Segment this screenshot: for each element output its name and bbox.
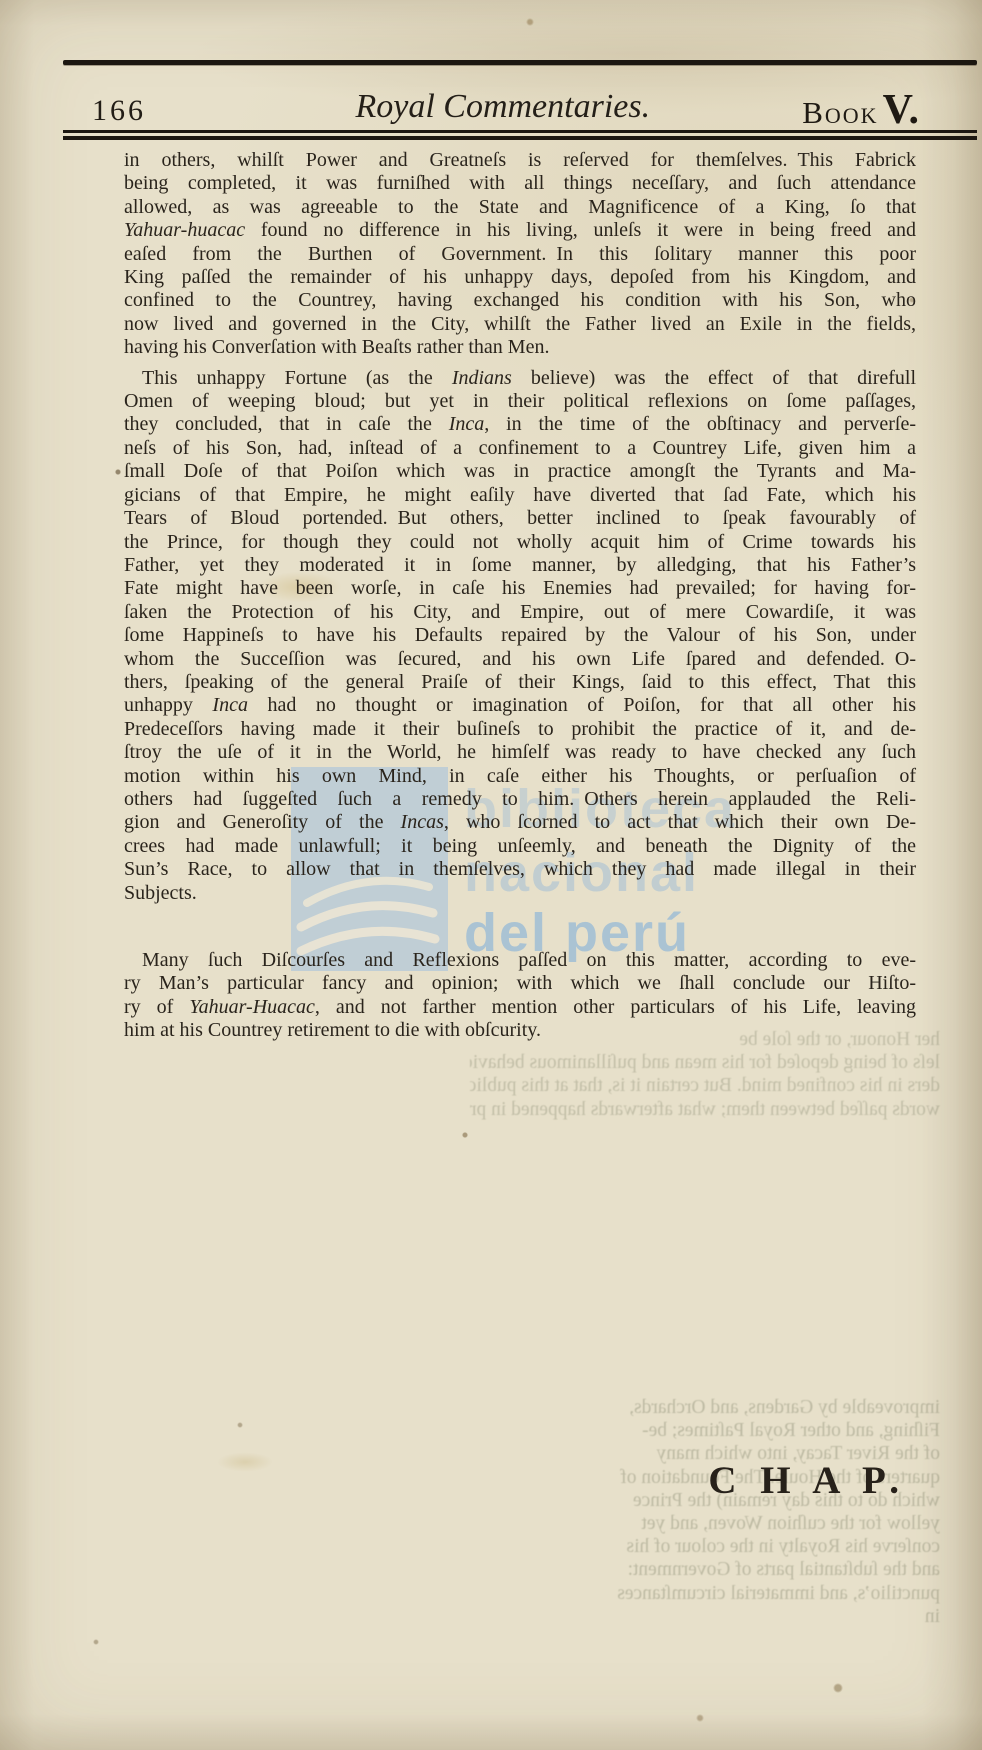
italic-term: Yahuar-huacac (124, 219, 245, 241)
body-line: confined to the Countrey, having exchang… (124, 289, 916, 312)
body-text: ſmall Doſe of that Poiſon which was in p… (124, 460, 916, 482)
body-text: now lived and governed in the City, whil… (124, 313, 916, 335)
body-line: Yahuar-huacac found no difference in his… (124, 219, 916, 242)
body-line: Tears of Bloud portended. But others, be… (124, 507, 916, 530)
body-text: Predeceſſors having made it their buſine… (124, 718, 916, 740)
body-line: thers, ſpeaking of the general Praiſe of… (124, 671, 916, 694)
header-rule-lower (63, 136, 977, 140)
body-text: Tears of Bloud portended. But others, be… (124, 507, 916, 529)
paragraph: in others, whilſt Power and Greatneſs is… (124, 149, 916, 360)
showthrough-line: punctilio’s, and immaterial circumſtance… (330, 1582, 940, 1605)
body-text: found no difference in his living, unleſ… (245, 219, 916, 241)
text-column: in others, whilſt Power and Greatneſs is… (124, 149, 916, 1043)
body-text: King paſſed the remainder of his unhappy… (124, 266, 916, 288)
top-rule (63, 60, 977, 65)
body-text: , and not farther mention other particul… (315, 996, 916, 1018)
body-line: ſaken the Protection of his City, and Em… (124, 601, 916, 624)
showthrough-line: leſs of being depoſed for his mean and p… (470, 1051, 940, 1074)
body-line: whom the Succeſſion was ſecured, and his… (124, 648, 916, 671)
body-text: having his Converſation with Beaſts rath… (124, 336, 549, 358)
body-text: the Prince, for though they could not wh… (124, 531, 916, 553)
body-line: motion within his own Mind, in caſe eith… (124, 765, 916, 788)
body-line: neſs of his Son, had, inſtead of a confi… (124, 437, 916, 460)
running-title: Royal Commentaries. (355, 88, 650, 126)
body-line: ry Man’s particular fancy and opinion; w… (124, 972, 916, 995)
body-text: eaſed from the Burthen of Government. In… (124, 243, 916, 265)
body-text: Fate might have been worſe, in caſe his … (124, 577, 916, 599)
chap-heading: C H A P. (708, 1458, 906, 1503)
body-text: Many ſuch Diſcourſes and Reflexions paſſ… (142, 949, 916, 971)
body-text: confined to the Countrey, having exchang… (124, 289, 916, 311)
showthrough-line: Fiſhing, and other Royal Paſtimes; be- (330, 1419, 940, 1442)
body-text: Sun’s Race, to allow that in themſelves,… (124, 858, 916, 880)
body-text: gicians of that Empire, he might eaſily … (124, 484, 916, 506)
body-text: believe) was the effect of that direfull (512, 367, 916, 389)
body-text: had no thought or imagination of Poiſon,… (248, 694, 916, 716)
body-text: they concluded, that in caſe the (124, 413, 449, 435)
body-line: unhappy Inca had no thought or imaginati… (124, 694, 916, 717)
book-label-group: Book V. (802, 86, 920, 134)
body-text: gion and Generoſity of the (124, 811, 401, 833)
body-text: him at his Countrey retirement to die wi… (124, 1019, 541, 1041)
body-line: in others, whilſt Power and Greatneſs is… (124, 149, 916, 172)
showthrough-line: words paſſed between them; what afterwar… (470, 1098, 940, 1121)
body-line: ſtroy the uſe of it in the World, he him… (124, 741, 916, 764)
body-line: ry of Yahuar-Huacac, and not farther men… (124, 996, 916, 1019)
body-line: others had ſuggeſted ſuch a remedy to hi… (124, 788, 916, 811)
paragraph: This unhappy Fortune (as the Indians bel… (124, 367, 916, 905)
body-line: Subjects. (124, 882, 916, 905)
body-text: ſaken the Protection of his City, and Em… (124, 601, 916, 623)
body-line: gicians of that Empire, he might eaſily … (124, 484, 916, 507)
body-text: Father, yet they moderated it in ſome ma… (124, 554, 916, 576)
body-line: Many ſuch Diſcourſes and Reflexions paſſ… (124, 949, 916, 972)
body-text: Subjects. (124, 882, 197, 904)
showthrough-line: ders in his confined mind. But certain i… (470, 1074, 940, 1097)
italic-term: Yahuar-Huacac (189, 996, 315, 1018)
body-text: ry of (124, 996, 189, 1018)
body-line: now lived and governed in the City, whil… (124, 313, 916, 336)
body-text: others had ſuggeſted ſuch a remedy to hi… (124, 788, 916, 810)
showthrough-verso-text: improveable by Gardens, and Orchards,Fiſ… (330, 1396, 940, 1628)
showthrough-line: in (330, 1605, 940, 1628)
body-line: Father, yet they moderated it in ſome ma… (124, 554, 916, 577)
body-line: ſmall Doſe of that Poiſon which was in p… (124, 460, 916, 483)
showthrough-line: and the ſubſtantial parts of Government: (330, 1558, 940, 1581)
page-number: 166 (92, 94, 146, 128)
showthrough-line: improveable by Gardens, and Orchards, (330, 1396, 940, 1419)
body-line: the Prince, for though they could not wh… (124, 531, 916, 554)
body-text: ſome Happineſs to have his Defaults repa… (124, 624, 916, 646)
italic-term: Inca (449, 413, 485, 435)
body-text: This unhappy Fortune (as the (142, 367, 452, 389)
body-line: allowed, as was agreeable to the State a… (124, 196, 916, 219)
body-text: whom the Succeſſion was ſecured, and his… (124, 648, 916, 670)
italic-term: Inca (212, 694, 248, 716)
book-page: biblioteca nacional del perú her Honour,… (0, 0, 982, 1750)
body-line: King paſſed the remainder of his unhappy… (124, 266, 916, 289)
body-line: Predeceſſors having made it their buſine… (124, 718, 916, 741)
italic-term: Incas (401, 811, 444, 833)
body-text: allowed, as was agreeable to the State a… (124, 196, 916, 218)
body-line: Sun’s Race, to allow that in themſelves,… (124, 858, 916, 881)
body-text: thers, ſpeaking of the general Praiſe of… (124, 671, 916, 693)
body-line: crees had made unlawfull; it being unſee… (124, 835, 916, 858)
body-text: neſs of his Son, had, inſtead of a confi… (124, 437, 916, 459)
body-text: , who ſcorned to act that which their ow… (444, 811, 916, 833)
body-text: being completed, it was furniſhed with a… (124, 172, 916, 194)
book-label: Book (802, 95, 878, 130)
showthrough-line: yellow for the cuſhion Woven, and yet (330, 1512, 940, 1535)
body-text: crees had made unlawfull; it being unſee… (124, 835, 916, 857)
book-numeral: V. (883, 87, 920, 133)
body-line: him at his Countrey retirement to die wi… (124, 1019, 916, 1042)
body-line: eaſed from the Burthen of Government. In… (124, 243, 916, 266)
body-line: This unhappy Fortune (as the Indians bel… (124, 367, 916, 390)
body-line: gion and Generoſity of the Incas, who ſc… (124, 811, 916, 834)
body-text: unhappy (124, 694, 212, 716)
body-line: having his Converſation with Beaſts rath… (124, 336, 916, 359)
italic-term: Indians (452, 367, 512, 389)
body-text: ſtroy the uſe of it in the World, he him… (124, 741, 916, 763)
body-text: , in the time of the obſtinacy and perve… (484, 413, 916, 435)
body-text: Omen of weeping bloud; but yet in their … (124, 390, 916, 412)
paragraph: Many ſuch Diſcourſes and Reflexions paſſ… (124, 949, 916, 1043)
body-line: Omen of weeping bloud; but yet in their … (124, 390, 916, 413)
body-line: being completed, it was furniſhed with a… (124, 172, 916, 195)
body-line: they concluded, that in caſe the Inca, i… (124, 413, 916, 436)
body-text: ry Man’s particular fancy and opinion; w… (124, 972, 916, 994)
body-line: ſome Happineſs to have his Defaults repa… (124, 624, 916, 647)
body-text: motion within his own Mind, in caſe eith… (124, 765, 916, 787)
showthrough-line: conſerve his Royalty in the colour of hi… (330, 1535, 940, 1558)
body-text: in others, whilſt Power and Greatneſs is… (124, 149, 916, 171)
body-line: Fate might have been worſe, in caſe his … (124, 577, 916, 600)
